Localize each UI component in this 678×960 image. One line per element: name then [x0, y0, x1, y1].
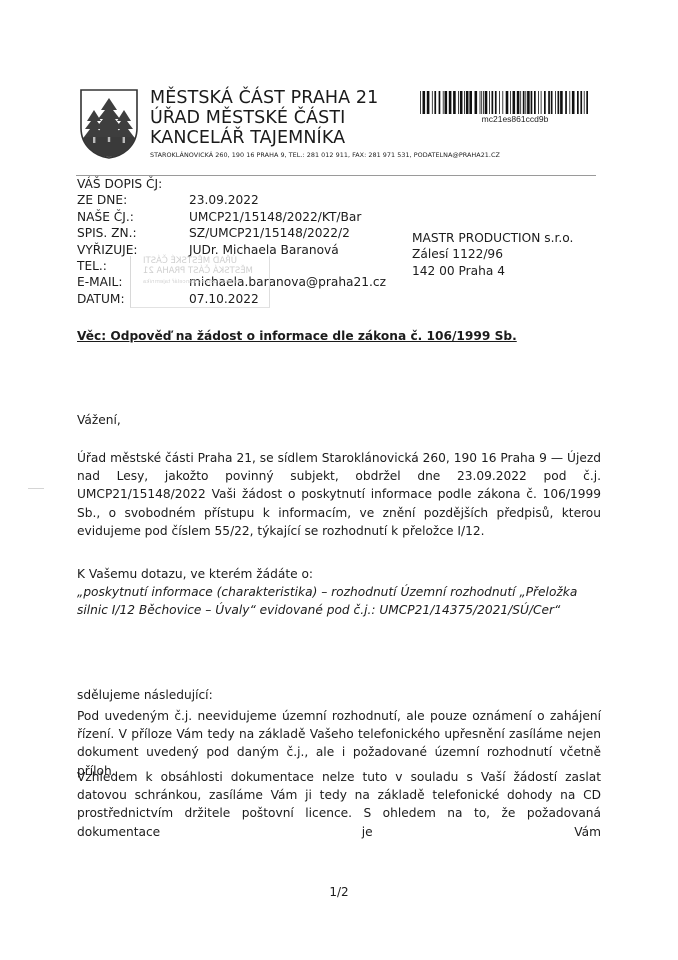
paragraph-query-intro: K Vašemu dotazu, ve kterém žádáte o:: [77, 565, 601, 583]
organization-name: MĚSTSKÁ ČÁST PRAHA 21 ÚŘAD MĚSTSKÉ ČÁSTI…: [150, 88, 378, 148]
reference-label: NAŠE ČJ.:: [77, 209, 189, 225]
paragraph-intro: Úřad městské části Praha 21, se sídlem S…: [77, 449, 601, 540]
subject-line: Věc: Odpověď na žádost o informace dle z…: [77, 329, 517, 343]
reference-row: VÁŠ DOPIS ČJ:: [77, 176, 386, 192]
recipient-address: MASTR PRODUCTION s.r.o. Zálesí 1122/96 1…: [412, 230, 573, 279]
recipient-city: 142 00 Praha 4: [412, 263, 573, 279]
stamp-line-1: ÚŘAD MĚSTSKÉ ČÁSTI: [143, 256, 237, 266]
reference-label: SPIS. ZN.:: [77, 225, 189, 241]
margin-mark: [28, 488, 44, 489]
reference-value: SZ/UMCP21/15148/2022/2: [189, 225, 350, 241]
recipient-street: Zálesí 1122/96: [412, 246, 573, 262]
paragraph-delivery: Vzhledem k obsáhlosti dokumentace nelze …: [77, 768, 601, 841]
reference-row: SPIS. ZN.:SZ/UMCP21/15148/2022/2: [77, 225, 386, 241]
stamp-line-2: MĚSTSKÁ ČÁST PRAHA 21: [143, 266, 253, 276]
reference-row: NAŠE ČJ.:UMCP21/15148/2022/KT/Bar: [77, 209, 386, 225]
org-line-1: MĚSTSKÁ ČÁST PRAHA 21: [150, 88, 378, 108]
reference-label: ZE DNE:: [77, 192, 189, 208]
barcode-icon: [420, 91, 590, 114]
greeting: Vážení,: [77, 411, 601, 429]
received-stamp: ÚŘAD MĚSTSKÉ ČÁSTI MĚSTSKÁ ČÁST PRAHA 21…: [130, 256, 270, 308]
reference-row: ZE DNE:23.09.2022: [77, 192, 386, 208]
paragraph-response-intro: sdělujeme následující:: [77, 686, 601, 704]
reference-value: UMCP21/15148/2022/KT/Bar: [189, 209, 361, 225]
stamp-line-3: vedoucí odboru Kancelář tajemníka: [143, 277, 240, 287]
page-number: 1/2: [0, 885, 678, 899]
coat-of-arms-icon: [79, 88, 139, 160]
quoted-request: „poskytnutí informace (charakteristika) …: [77, 583, 601, 619]
reference-value: 23.09.2022: [189, 192, 259, 208]
org-line-2: ÚŘAD MĚSTSKÉ ČÁSTI: [150, 108, 378, 128]
org-line-3: KANCELÁŘ TAJEMNÍKA: [150, 128, 378, 148]
reference-label: VÁŠ DOPIS ČJ:: [77, 176, 189, 192]
barcode-text: mc21es861ccd9b: [420, 114, 610, 124]
recipient-name: MASTR PRODUCTION s.r.o.: [412, 230, 573, 246]
org-address: STAROKLÁNOVICKÁ 260, 190 16 PRAHA 9, TEL…: [150, 151, 500, 159]
